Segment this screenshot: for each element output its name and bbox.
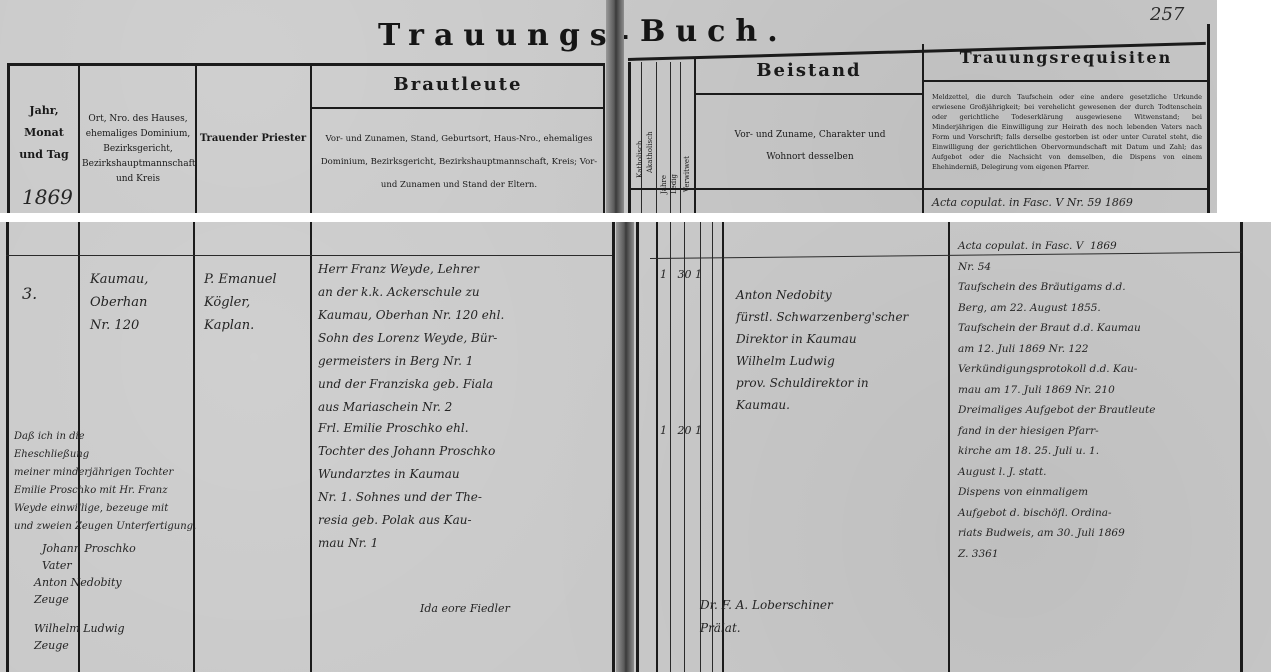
column-divider [641, 62, 642, 213]
column-divider [310, 66, 312, 213]
bride-status-marks: 1 20 1 [660, 422, 702, 439]
column-divider [612, 222, 615, 672]
entry-requisites: Acta copulat. in Fasc. V 1869 Nr. 54 Tau… [958, 236, 1155, 564]
requisites-fragment: Acta copulat. in Fasc. V Nr. 59 1869 [932, 194, 1133, 211]
header-date: Jahr, Monat und Tag [12, 100, 76, 166]
beistand-underline [696, 93, 922, 95]
column-divider [684, 222, 685, 672]
book-gutter [606, 0, 624, 213]
column-divider [636, 222, 639, 672]
header-requisites-title: Trauungsrequisiten [926, 48, 1206, 67]
header-widowed: Verwitwet [683, 156, 691, 192]
column-divider [195, 66, 197, 213]
entry-place: Kaumau, Oberhan Nr. 120 [90, 268, 148, 337]
column-divider [78, 66, 80, 213]
register-entry-strip: 3. Kaumau, Oberhan Nr. 120 P. Emanuel Kö… [0, 222, 1271, 672]
parental-consent-note: Daß ich in die Eheschließung meiner mind… [14, 428, 196, 536]
header-priest: Trauender Priester [198, 132, 308, 146]
entry-priest: P. Emanuel Kögler, Kaplan. [204, 268, 277, 337]
header-couple-desc: Vor- und Zunamen, Stand, Geburtsort, Hau… [320, 128, 598, 197]
column-divider [603, 63, 605, 213]
bride-catholic-mark: 1 [660, 424, 667, 437]
brautleute-underline [312, 107, 603, 109]
row-rule [6, 255, 612, 256]
column-divider [7, 63, 10, 213]
officiant-signature: Dr. F. A. Loberschiner Prälat. [700, 594, 833, 640]
book-gutter [616, 222, 634, 672]
year-fragment: 1869 [22, 186, 73, 209]
register-header-strip: Trauungs- Buch. 257 Jahr, Monat und Tag … [0, 0, 1217, 213]
header-place: Ort, Nro. des Hauses, ehemaliges Dominiu… [82, 112, 194, 187]
bride-single-mark: 1 [695, 424, 702, 437]
column-divider [656, 62, 657, 213]
header-couple-title: Brautleute [314, 74, 602, 95]
requisites-underline [924, 80, 1207, 82]
groom-single-mark: 1 [695, 268, 702, 281]
column-divider [656, 222, 658, 672]
table-top-border [7, 63, 604, 66]
column-divider [680, 62, 681, 213]
header-bottom-border [630, 188, 1208, 190]
page-number: 257 [1150, 4, 1184, 25]
father-signature: Johann Proschko Vater [42, 540, 136, 574]
column-divider [670, 222, 671, 672]
column-divider [948, 222, 950, 672]
bride-signature: Ida eore Fiedler [420, 600, 510, 617]
entry-number: 3. [22, 282, 37, 305]
column-divider [310, 222, 312, 672]
column-divider [1240, 222, 1243, 672]
witness1-signature: Anton Nedobity Zeuge [34, 574, 122, 608]
groom-age: 30 [678, 268, 692, 281]
title-left: Trauungs- [378, 18, 639, 53]
header-age: Jahre [660, 175, 668, 194]
entry-witnesses: Anton Nedobity fürstl. Schwarzenberg'sch… [736, 284, 908, 416]
bride-age: 20 [678, 424, 692, 437]
groom-catholic-mark: 1 [660, 268, 667, 281]
header-requisites-desc: Meldzettel, die durch Taufschein oder ei… [932, 92, 1202, 172]
header-acatholic: Akatholisch [646, 131, 654, 173]
column-divider [628, 62, 631, 213]
column-divider [6, 222, 9, 672]
header-witness-desc: Vor- und Zuname, Charakter und Wohnort d… [730, 124, 890, 168]
title-right: Buch. [640, 14, 788, 49]
header-witness-title: Beistand [698, 60, 920, 81]
witness2-signature: Wilhelm Ludwig Zeuge [34, 620, 125, 654]
header-single: Ledig [670, 174, 678, 194]
entry-bride: Frl. Emilie Proschko ehl. Tochter des Jo… [318, 417, 495, 555]
column-divider [1207, 24, 1210, 213]
entry-groom: Herr Franz Weyde, Lehrer an der k.k. Ack… [318, 258, 504, 419]
header-catholic: Katholisch [636, 141, 644, 178]
groom-status-marks: 1 30 1 [660, 266, 702, 283]
